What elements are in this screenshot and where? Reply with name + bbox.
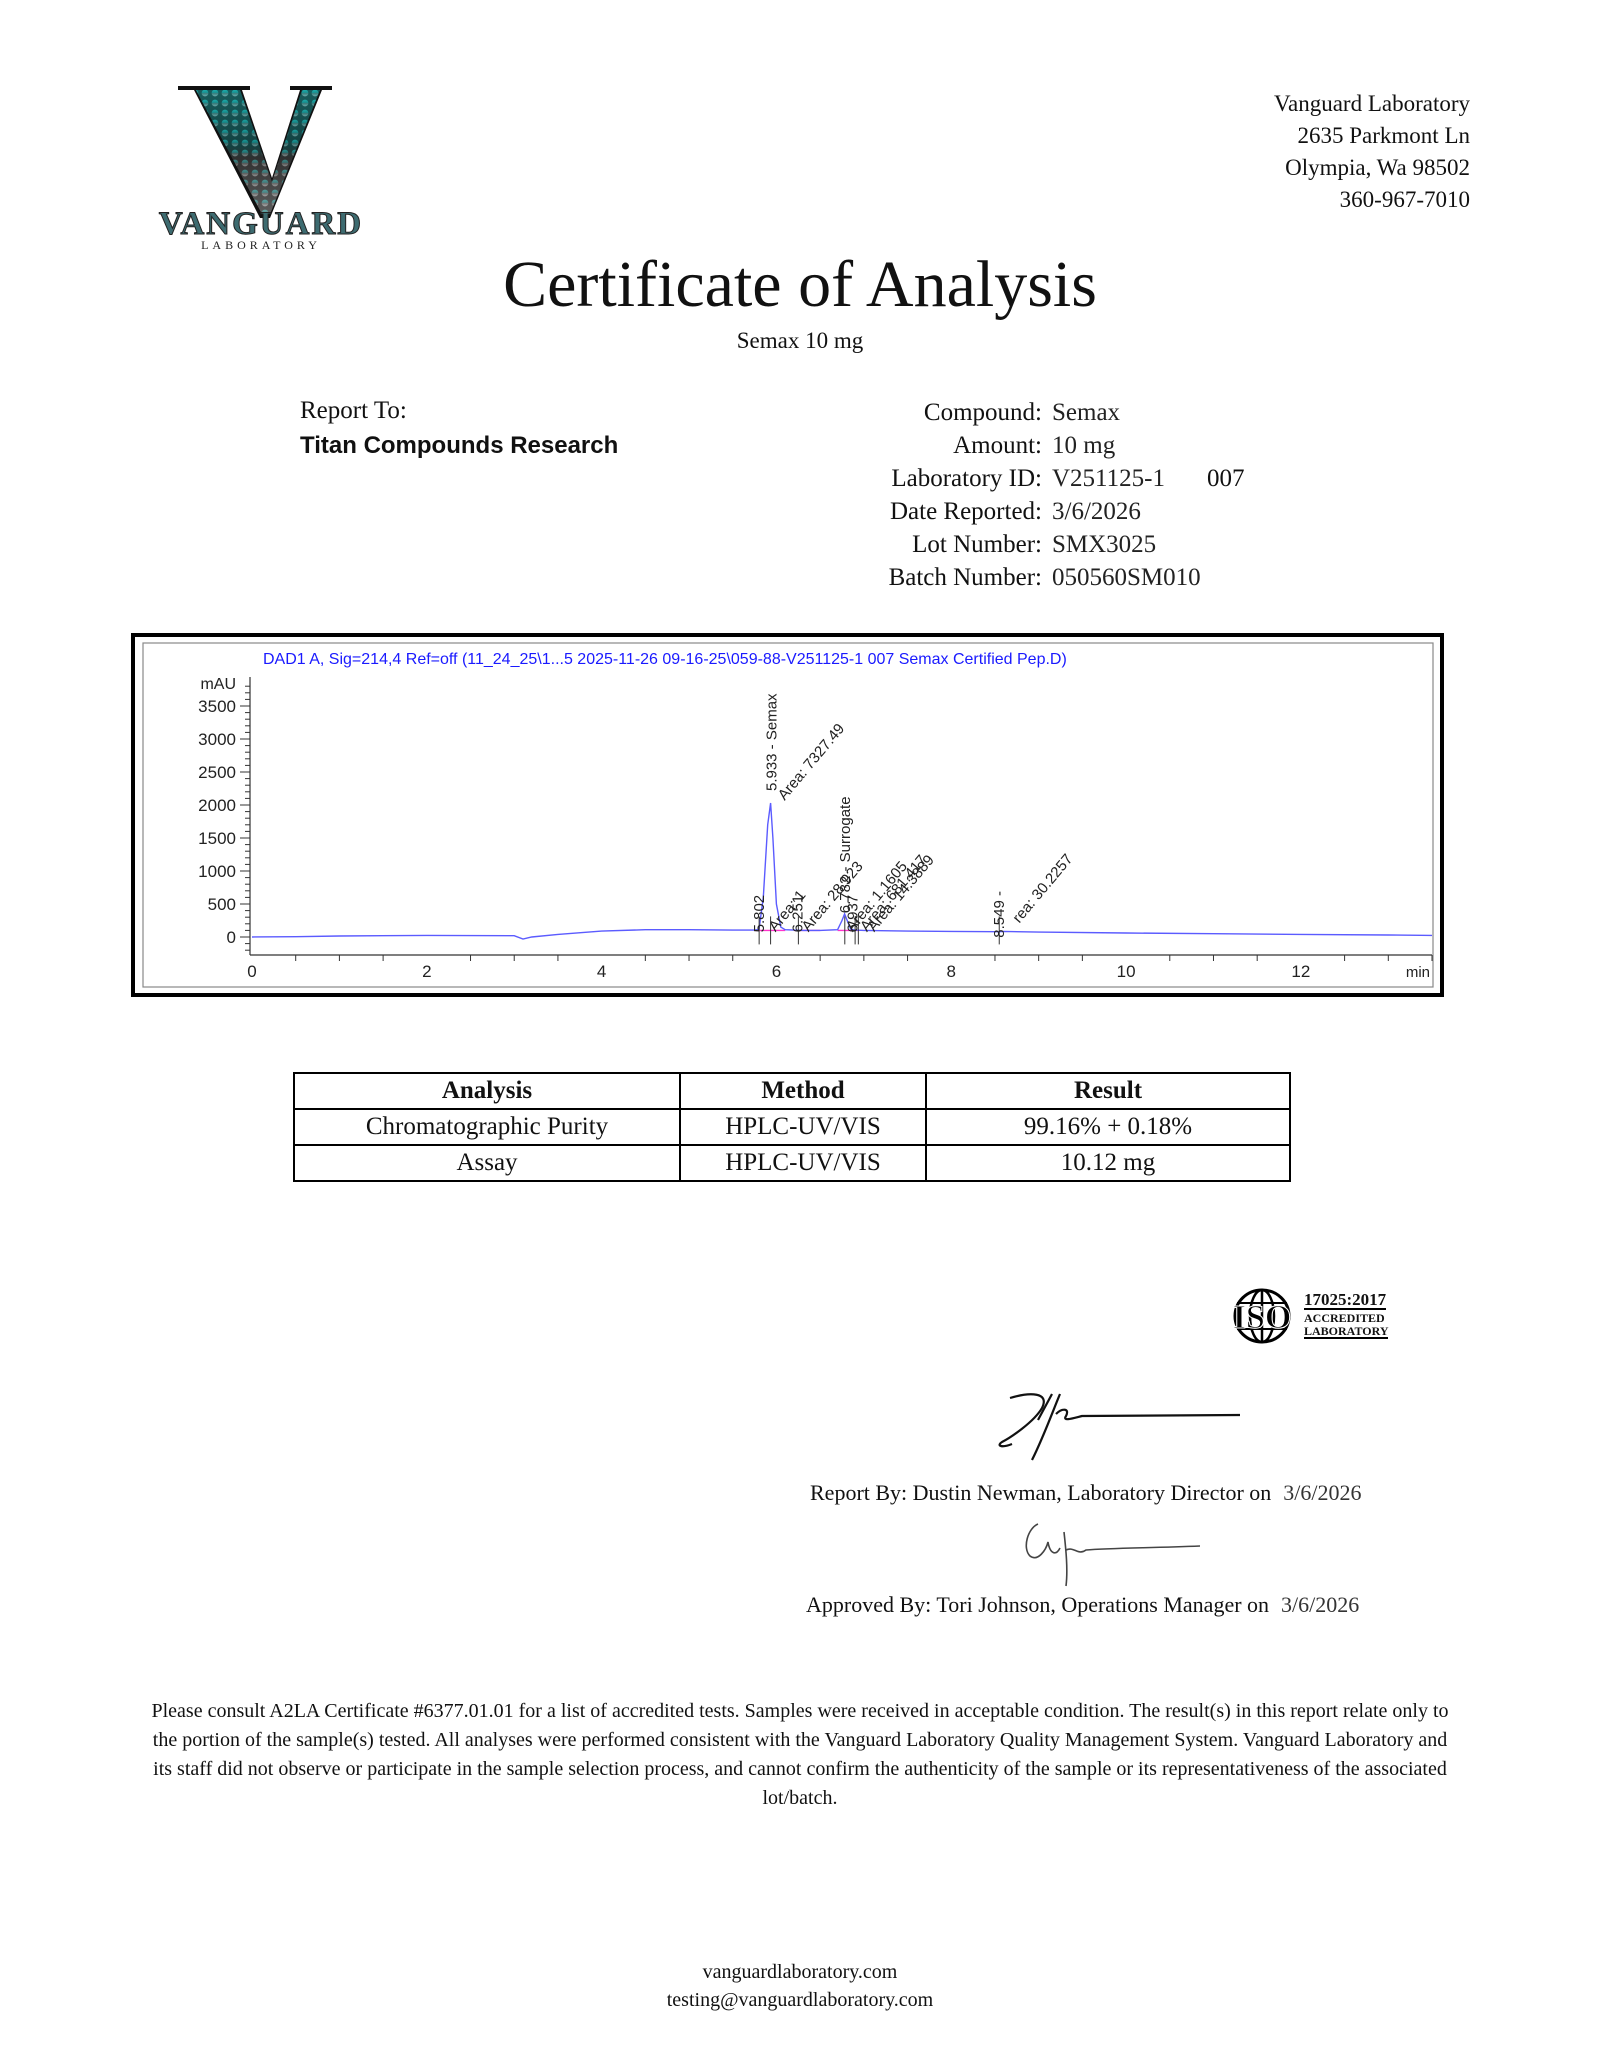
detail-label: Date Reported: bbox=[780, 495, 1052, 528]
lab-address: Vanguard Laboratory 2635 Parkmont Ln Oly… bbox=[1274, 88, 1470, 216]
footer-email[interactable]: testing@vanguardlaboratory.com bbox=[0, 1986, 1600, 2014]
column-header: Method bbox=[680, 1073, 926, 1109]
iso-laboratory: LABORATORY bbox=[1304, 1325, 1388, 1339]
detail-label: Compound: bbox=[780, 396, 1052, 429]
report-to-label: Report To: bbox=[300, 397, 407, 425]
disclaimer-text: Please consult A2LA Certificate #6377.01… bbox=[150, 1697, 1450, 1813]
svg-text:DAD1 A, Sig=214,4 Ref=off (11_: DAD1 A, Sig=214,4 Ref=off (11_24_25\1...… bbox=[263, 651, 1067, 668]
svg-text:3500: 3500 bbox=[198, 697, 236, 716]
svg-text:mAU: mAU bbox=[200, 676, 236, 693]
report-to-name: Titan Compounds Research bbox=[300, 432, 618, 460]
column-header: Result bbox=[926, 1073, 1290, 1109]
chromatogram-plot: DAD1 A, Sig=214,4 Ref=off (11_24_25\1...… bbox=[135, 637, 1440, 993]
svg-text:0: 0 bbox=[227, 928, 236, 947]
svg-text:2: 2 bbox=[422, 962, 431, 981]
table-cell: HPLC-UV/VIS bbox=[680, 1109, 926, 1145]
table-header-row: Analysis Method Result bbox=[294, 1073, 1290, 1109]
detail-value: 10 mg bbox=[1052, 429, 1115, 462]
table-cell: 10.12 mg bbox=[926, 1145, 1290, 1181]
svg-text:10: 10 bbox=[1117, 962, 1136, 981]
table-cell: Assay bbox=[294, 1145, 680, 1181]
iso-accreditation-badge: ISO 17025:2017 ACCREDITED LABORATORY bbox=[1222, 1285, 1422, 1347]
sample-details: Compound: Semax Amount: 10 mg Laboratory… bbox=[780, 396, 1244, 594]
detail-label: Amount: bbox=[780, 429, 1052, 462]
svg-text:6: 6 bbox=[772, 962, 781, 981]
approved-by-text: Approved By: Tori Johnson, Operations Ma… bbox=[806, 1592, 1269, 1617]
report-by-date: 3/6/2026 bbox=[1283, 1480, 1361, 1505]
footer-website[interactable]: vanguardlaboratory.com bbox=[0, 1958, 1600, 1986]
column-header: Analysis bbox=[294, 1073, 680, 1109]
detail-row-lot-number: Lot Number: SMX3025 bbox=[780, 528, 1244, 561]
svg-text:1000: 1000 bbox=[198, 862, 236, 881]
svg-text:min: min bbox=[1406, 964, 1430, 981]
iso-accredited: ACCREDITED bbox=[1304, 1312, 1385, 1324]
detail-value: V251125-1 bbox=[1052, 462, 1165, 495]
lab-phone: 360-967-7010 bbox=[1274, 184, 1470, 216]
detail-value: Semax bbox=[1052, 396, 1120, 429]
detail-value: 3/6/2026 bbox=[1052, 495, 1141, 528]
signature-dustin-newman-icon bbox=[990, 1390, 1250, 1470]
detail-row-compound: Compound: Semax bbox=[780, 396, 1244, 429]
svg-text:2000: 2000 bbox=[198, 796, 236, 815]
vanguard-logo: VANGUARD LABORATORY bbox=[150, 78, 390, 258]
chromatogram: DAD1 A, Sig=214,4 Ref=off (11_24_25\1...… bbox=[131, 633, 1444, 997]
approved-by-line: Approved By: Tori Johnson, Operations Ma… bbox=[806, 1592, 1359, 1618]
page-title: Certificate of Analysis bbox=[0, 245, 1600, 325]
svg-text:0: 0 bbox=[247, 962, 256, 981]
svg-text:Area: 7327.49: Area: 7327.49 bbox=[775, 720, 849, 803]
svg-text:2500: 2500 bbox=[198, 763, 236, 782]
page-subtitle: Semax 10 mg bbox=[0, 328, 1600, 354]
iso-globe-icon: ISO bbox=[1222, 1285, 1302, 1347]
detail-extra: 007 bbox=[1207, 462, 1245, 495]
results-table: Analysis Method Result Chromatographic P… bbox=[293, 1072, 1291, 1182]
iso-standard: 17025:2017 bbox=[1304, 1291, 1386, 1310]
lab-city: Olympia, Wa 98502 bbox=[1274, 152, 1470, 184]
detail-row-amount: Amount: 10 mg bbox=[780, 429, 1244, 462]
svg-text:5.802: 5.802 bbox=[751, 895, 768, 933]
detail-row-laboratory-id: Laboratory ID: V251125-1 007 bbox=[780, 462, 1244, 495]
approved-by-date: 3/6/2026 bbox=[1281, 1592, 1359, 1617]
detail-value: 050560SM010 bbox=[1052, 561, 1201, 594]
table-cell: Chromatographic Purity bbox=[294, 1109, 680, 1145]
detail-label: Lot Number: bbox=[780, 528, 1052, 561]
svg-text:1500: 1500 bbox=[198, 829, 236, 848]
table-row: Assay HPLC-UV/VIS 10.12 mg bbox=[294, 1145, 1290, 1181]
svg-text:3000: 3000 bbox=[198, 730, 236, 749]
svg-text:8: 8 bbox=[947, 962, 956, 981]
svg-text:12: 12 bbox=[1291, 962, 1310, 981]
report-by-text: Report By: Dustin Newman, Laboratory Dir… bbox=[810, 1480, 1271, 1505]
table-cell: HPLC-UV/VIS bbox=[680, 1145, 926, 1181]
table-row: Chromatographic Purity HPLC-UV/VIS 99.16… bbox=[294, 1109, 1290, 1145]
detail-label: Laboratory ID: bbox=[780, 462, 1052, 495]
page-footer: vanguardlaboratory.com testing@vanguardl… bbox=[0, 1958, 1600, 2014]
lab-name: Vanguard Laboratory bbox=[1274, 88, 1470, 120]
svg-text:4: 4 bbox=[597, 962, 606, 981]
detail-row-batch-number: Batch Number: 050560SM010 bbox=[780, 561, 1244, 594]
detail-row-date-reported: Date Reported: 3/6/2026 bbox=[780, 495, 1244, 528]
detail-value: SMX3025 bbox=[1052, 528, 1156, 561]
lab-street: 2635 Parkmont Ln bbox=[1274, 120, 1470, 152]
svg-text:500: 500 bbox=[208, 895, 236, 914]
svg-text:rea: 30.2257: rea: 30.2257 bbox=[1009, 851, 1076, 926]
table-cell: 99.16% + 0.18% bbox=[926, 1109, 1290, 1145]
detail-label: Batch Number: bbox=[780, 561, 1052, 594]
report-by-line: Report By: Dustin Newman, Laboratory Dir… bbox=[810, 1480, 1362, 1506]
svg-text:ISO: ISO bbox=[1233, 1299, 1292, 1336]
svg-text:5.933 - Semax: 5.933 - Semax bbox=[764, 693, 781, 791]
svg-text:8.549 -: 8.549 - bbox=[991, 891, 1008, 938]
signature-tori-johnson-icon bbox=[1020, 1520, 1210, 1590]
